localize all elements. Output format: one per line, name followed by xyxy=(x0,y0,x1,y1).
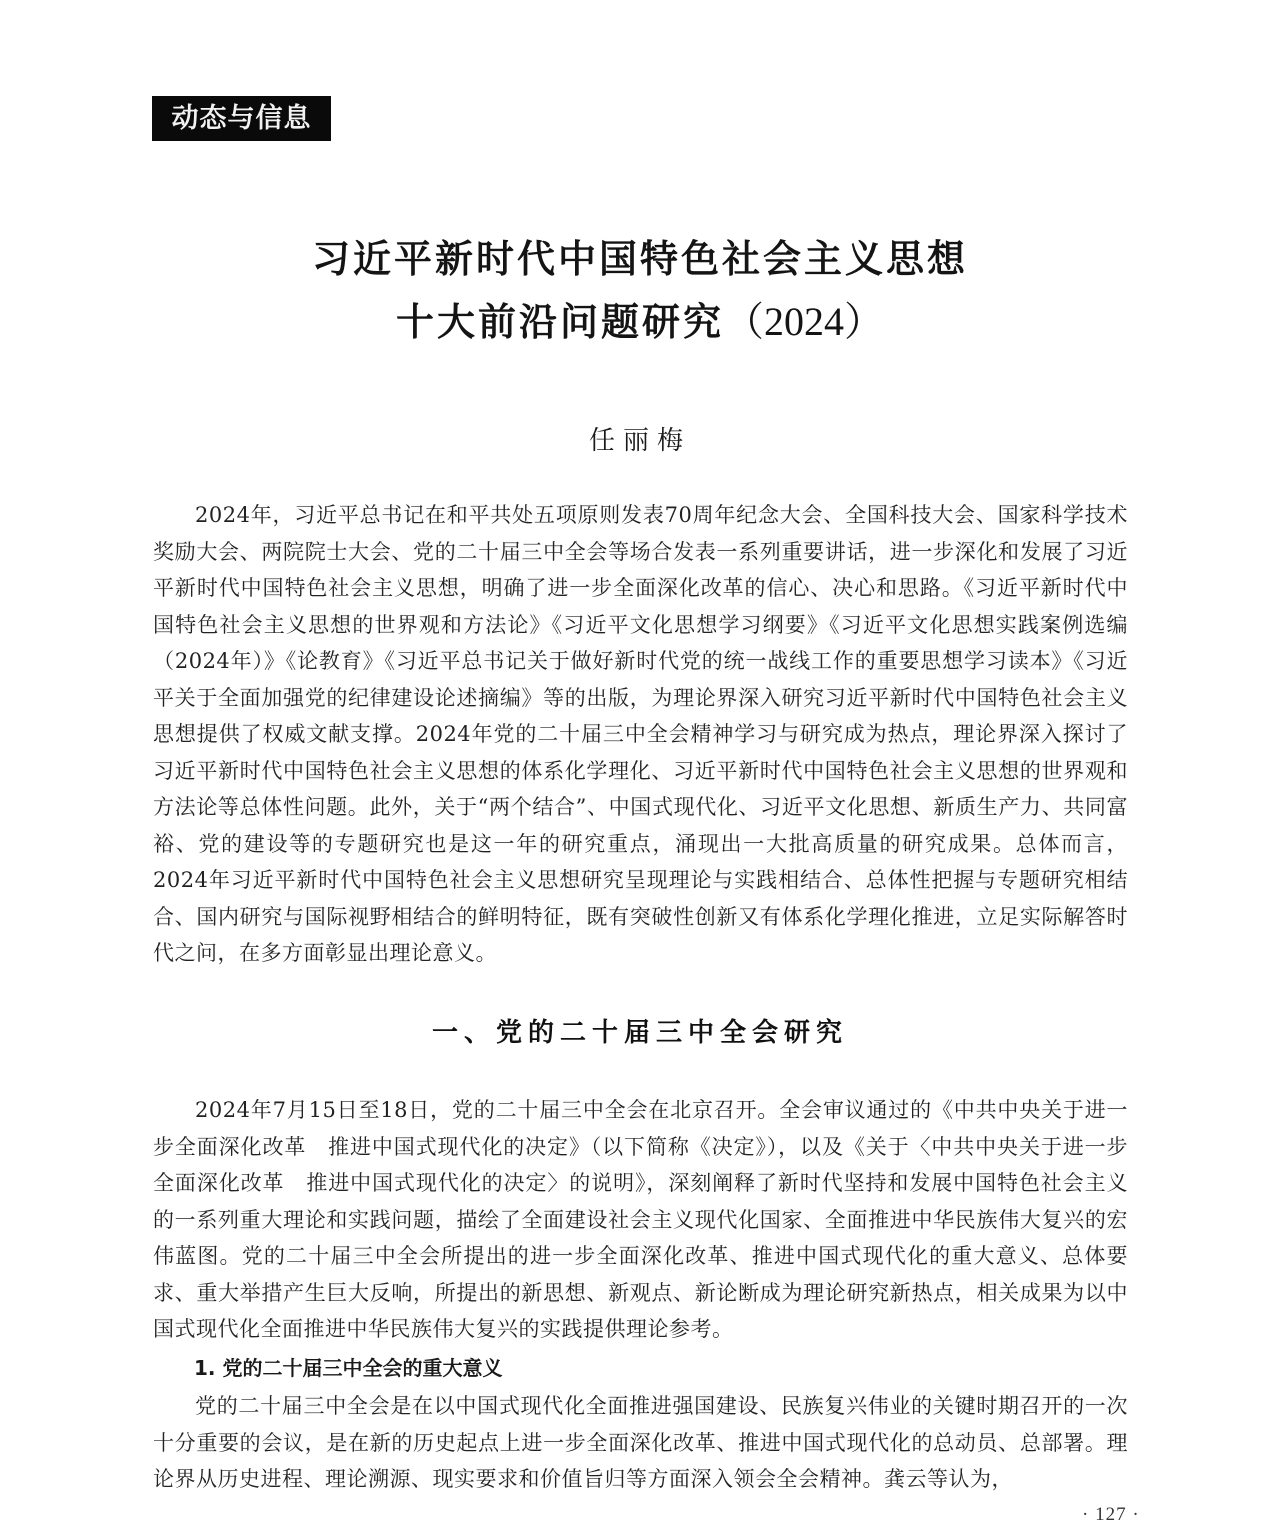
intro-paragraph: 2024年，习近平总书记在和平共处五项原则发表70周年纪念大会、全国科技大会、国… xyxy=(153,497,1128,972)
section-paragraph: 2024年7月15日至18日，党的二十届三中全会在北京召开。全会审议通过的《中共… xyxy=(153,1092,1128,1348)
column-tag: 动态与信息 xyxy=(152,96,331,141)
article-title-year: （2024） xyxy=(724,299,884,344)
subsection-paragraph: 党的二十届三中全会是在以中国式现代化全面推进强国建设、民族复兴伟业的关键时期召开… xyxy=(153,1388,1128,1498)
page-number: · 127 · xyxy=(1082,1504,1140,1526)
article-title-text: 十大前沿问题研究 xyxy=(396,300,724,344)
sub-heading: 1. 党的二十届三中全会的重大意义 xyxy=(194,1350,502,1386)
article-title-line-1: 习近平新时代中国特色社会主义思想 xyxy=(0,228,1280,283)
author-name: 任丽梅 xyxy=(0,420,1280,457)
section-heading: 一、党的二十届三中全会研究 xyxy=(0,1012,1280,1049)
article-title-line-2: 十大前沿问题研究（2024） xyxy=(0,290,1280,347)
